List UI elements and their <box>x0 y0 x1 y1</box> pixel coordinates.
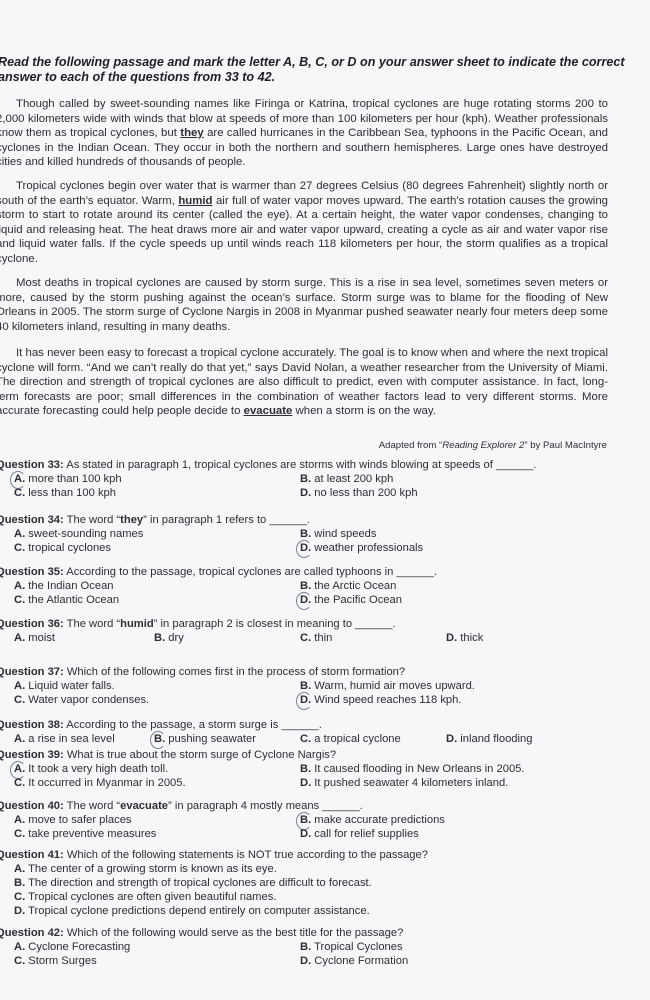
option-letter: A. <box>14 632 25 644</box>
option-text: a rise in sea level <box>25 733 115 745</box>
option-text: pushing seawater <box>165 733 256 745</box>
option-c[interactable]: C. the Atlantic Ocean <box>14 593 119 607</box>
option-text: It caused flooding in New Orleans in 200… <box>311 763 524 775</box>
answer-options: A. Cyclone ForecastingB. Tropical Cyclon… <box>14 940 636 968</box>
option-text: weather professionals <box>311 542 423 554</box>
option-text: thin <box>311 632 332 644</box>
question-stem: Question 37: Which of the following come… <box>0 665 636 679</box>
option-text: Storm Surges <box>25 955 97 967</box>
option-letter: A. <box>14 863 25 875</box>
answer-options: A. The center of a growing storm is know… <box>14 862 636 918</box>
option-c[interactable]: C. Water vapor condenses. <box>14 693 149 707</box>
question-stem: Question 36: The word “humid” in paragra… <box>0 617 636 631</box>
keyword-evacuate: evacuate <box>244 405 293 417</box>
question-number: Question 33: <box>0 459 64 471</box>
answer-options: A. Liquid water falls.B. Warm, humid air… <box>14 679 636 707</box>
question-text: According to the passage, tropical cyclo… <box>64 566 437 578</box>
option-text: inland flooding <box>457 733 532 745</box>
option-text: sweet-sounding names <box>25 528 143 540</box>
question-40: Question 40: The word “evacuate” in para… <box>0 799 636 841</box>
option-a[interactable]: A. Cyclone Forecasting <box>14 940 130 954</box>
question-text: Which of the following comes first in th… <box>64 666 405 678</box>
option-text: It pushed seawater 4 kilometers inland. <box>311 777 508 789</box>
passage-paragraph-4: It has never been easy to forecast a tro… <box>0 346 608 419</box>
question-stem: Question 40: The word “evacuate” in para… <box>0 799 636 813</box>
option-text: a tropical cyclone <box>311 733 401 745</box>
paragraph-text: when a storm is on the way. <box>292 405 436 417</box>
option-text: Warm, humid air moves upward. <box>311 680 475 692</box>
option-c[interactable]: C. take preventive measures <box>14 827 156 841</box>
option-b[interactable]: B. wind speeds <box>300 527 377 541</box>
option-letter: A. <box>14 941 25 953</box>
option-text: less than 100 kph <box>25 487 116 499</box>
question-text: Which of the following would serve as th… <box>64 927 404 939</box>
option-b[interactable]: B. Warm, humid air moves upward. <box>300 679 475 693</box>
option-text: moist <box>25 632 55 644</box>
option-text: Cyclone Forecasting <box>25 941 130 953</box>
question-stem: Question 35: According to the passage, t… <box>0 565 636 579</box>
option-text: The direction and strength of tropical c… <box>25 877 372 889</box>
option-c[interactable]: C. a tropical cyclone <box>300 732 401 746</box>
question-42: Question 42: Which of the following woul… <box>0 926 636 968</box>
option-a[interactable]: A. It took a very high death toll. <box>14 762 168 776</box>
question-number: Question 38: <box>0 719 64 731</box>
option-d[interactable]: D. It pushed seawater 4 kilometers inlan… <box>300 776 508 790</box>
option-b[interactable]: B. at least 200 kph <box>300 472 393 486</box>
option-letter: D. <box>300 777 311 789</box>
option-b[interactable]: B. The direction and strength of tropica… <box>14 876 372 890</box>
passage-paragraph-3: Most deaths in tropical cyclones are cau… <box>0 276 608 334</box>
option-text: at least 200 kph <box>311 473 393 485</box>
option-letter: D. <box>300 828 311 840</box>
question-text: Which of the following statements is NOT… <box>64 849 428 861</box>
question-keyword: humid <box>120 618 154 630</box>
option-a[interactable]: A. more than 100 kph <box>14 472 122 486</box>
option-b[interactable]: B. make accurate predictions <box>300 813 445 827</box>
option-text: The center of a growing storm is known a… <box>25 863 277 875</box>
question-stem: Question 34: The word “they” in paragrap… <box>0 513 636 527</box>
option-text: move to safer places <box>25 814 131 826</box>
option-c[interactable]: C. Storm Surges <box>14 954 97 968</box>
question-number: Question 34: <box>0 514 64 526</box>
option-letter: D. <box>300 694 311 706</box>
answer-options: A. the Indian OceanB. the Arctic OceanC.… <box>14 579 636 607</box>
option-d[interactable]: D. weather professionals <box>300 541 423 555</box>
option-a[interactable]: A. The center of a growing storm is know… <box>14 862 277 876</box>
question-text: ” in paragraph 4 mostly means ______. <box>168 800 363 812</box>
option-text: Liquid water falls. <box>25 680 115 692</box>
question-34: Question 34: The word “they” in paragrap… <box>0 513 636 555</box>
option-c[interactable]: C. Tropical cyclones are often given bea… <box>14 890 276 904</box>
question-keyword: evacuate <box>120 800 168 812</box>
option-letter: B. <box>14 877 25 889</box>
option-letter: C. <box>14 828 25 840</box>
question-number: Question 42: <box>0 927 64 939</box>
option-letter: C. <box>300 733 311 745</box>
option-text: It occurred in Myanmar in 2005. <box>25 777 185 789</box>
question-text: ” in paragraph 1 refers to ______. <box>143 514 310 526</box>
option-letter: D. <box>446 632 457 644</box>
passage-paragraph-2: Tropical cyclones begin over water that … <box>0 179 608 266</box>
instructions: Read the following passage and mark the … <box>0 55 638 85</box>
question-text: The word “ <box>64 618 120 630</box>
option-letter: B. <box>300 941 311 953</box>
option-b[interactable]: B. the Arctic Ocean <box>300 579 396 593</box>
option-a[interactable]: A. moist <box>14 631 55 645</box>
option-d[interactable]: D. the Pacific Ocean <box>300 593 402 607</box>
question-39: Question 39: What is true about the stor… <box>0 748 636 790</box>
option-letter: B. <box>300 814 311 826</box>
question-number: Question 37: <box>0 666 64 678</box>
option-letter: D. <box>300 487 311 499</box>
keyword-humid: humid <box>178 195 212 207</box>
question-number: Question 41: <box>0 849 64 861</box>
option-letter: D. <box>300 542 311 554</box>
option-a[interactable]: A. Liquid water falls. <box>14 679 115 693</box>
option-c[interactable]: C. less than 100 kph <box>14 486 116 500</box>
question-41: Question 41: Which of the following stat… <box>0 848 636 918</box>
option-letter: B. <box>300 680 311 692</box>
option-d[interactable]: D. inland flooding <box>446 732 532 746</box>
option-letter: D. <box>446 733 457 745</box>
exam-page: Read the following passage and mark the … <box>0 0 650 1000</box>
option-letter: C. <box>14 542 25 554</box>
option-text: thick <box>457 632 483 644</box>
option-letter: D. <box>300 955 311 967</box>
option-b[interactable]: B. Tropical Cyclones <box>300 940 403 954</box>
option-letter: C. <box>14 955 25 967</box>
option-a[interactable]: A. sweet-sounding names <box>14 527 143 541</box>
question-stem: Question 42: Which of the following woul… <box>0 926 636 940</box>
source-citation: Adapted from “Reading Explorer 2” by Pau… <box>379 440 607 451</box>
option-text: tropical cyclones <box>25 542 111 554</box>
option-b[interactable]: B. dry <box>154 631 184 645</box>
option-b[interactable]: B. pushing seawater <box>154 732 256 746</box>
option-text: take preventive measures <box>25 828 156 840</box>
question-37: Question 37: Which of the following come… <box>0 665 636 707</box>
option-c[interactable]: C. tropical cyclones <box>14 541 111 555</box>
option-letter: A. <box>14 680 25 692</box>
question-text: ” in paragraph 2 is closest in meaning t… <box>154 618 396 630</box>
question-number: Question 39: <box>0 749 64 761</box>
passage-paragraph-1: Though called by sweet-sounding names li… <box>0 97 608 170</box>
answer-options: A. sweet-sounding namesB. wind speedsC. … <box>14 527 636 555</box>
option-letter: B. <box>154 632 165 644</box>
option-text: Cyclone Formation <box>311 955 408 967</box>
option-d[interactable]: D. Tropical cyclone predictions depend e… <box>14 904 370 918</box>
option-letter: D. <box>14 905 25 917</box>
option-text: make accurate predictions <box>311 814 445 826</box>
option-letter: C. <box>14 487 25 499</box>
question-number: Question 35: <box>0 566 64 578</box>
paragraph-text: Most deaths in tropical cyclones are cau… <box>0 277 608 333</box>
option-letter: C. <box>14 594 25 606</box>
question-keyword: they <box>120 514 143 526</box>
answer-options: A. more than 100 kphB. at least 200 kphC… <box>14 472 636 500</box>
source-title: Reading Explorer 2 <box>442 440 524 451</box>
option-letter: A. <box>14 580 25 592</box>
option-letter: B. <box>300 528 311 540</box>
option-letter: C. <box>300 632 311 644</box>
option-letter: A. <box>14 763 25 775</box>
option-letter: C. <box>14 777 25 789</box>
question-38: Question 38: According to the passage, a… <box>0 718 636 746</box>
option-text: call for relief supplies <box>311 828 419 840</box>
option-text: Water vapor condenses. <box>25 694 149 706</box>
option-d[interactable]: D. Cyclone Formation <box>300 954 408 968</box>
option-letter: A. <box>14 473 25 485</box>
answer-options: A. It took a very high death toll.B. It … <box>14 762 636 790</box>
question-33: Question 33: As stated in paragraph 1, t… <box>0 458 636 500</box>
option-letter: B. <box>300 763 311 775</box>
option-letter: B. <box>300 473 311 485</box>
question-35: Question 35: According to the passage, t… <box>0 565 636 607</box>
source-suffix: ” by Paul MacIntyre <box>524 440 607 451</box>
option-letter: C. <box>14 891 25 903</box>
question-36: Question 36: The word “humid” in paragra… <box>0 617 636 645</box>
option-text: the Indian Ocean <box>25 580 113 592</box>
question-text: According to the passage, a storm surge … <box>64 719 322 731</box>
option-b[interactable]: B. It caused flooding in New Orleans in … <box>300 762 525 776</box>
question-text: What is true about the storm surge of Cy… <box>64 749 336 761</box>
option-text: wind speeds <box>311 528 376 540</box>
answer-options: A. moistB. dryC. thinD. thick <box>14 631 636 645</box>
question-stem: Question 33: As stated in paragraph 1, t… <box>0 458 636 472</box>
question-number: Question 36: <box>0 618 64 630</box>
option-letter: B. <box>154 733 165 745</box>
option-text: the Arctic Ocean <box>311 580 396 592</box>
option-text: the Atlantic Ocean <box>25 594 119 606</box>
question-stem: Question 38: According to the passage, a… <box>0 718 636 732</box>
option-a[interactable]: A. move to safer places <box>14 813 132 827</box>
option-text: more than 100 kph <box>25 473 121 485</box>
option-d[interactable]: D. no less than 200 kph <box>300 486 418 500</box>
option-d[interactable]: D. call for relief supplies <box>300 827 419 841</box>
question-stem: Question 39: What is true about the stor… <box>0 748 636 762</box>
option-a[interactable]: A. a rise in sea level <box>14 732 115 746</box>
option-text: It took a very high death toll. <box>25 763 168 775</box>
question-stem: Question 41: Which of the following stat… <box>0 848 636 862</box>
option-letter: C. <box>14 694 25 706</box>
option-letter: A. <box>14 528 25 540</box>
option-text: no less than 200 kph <box>311 487 417 499</box>
option-text: dry <box>165 632 184 644</box>
option-letter: A. <box>14 814 25 826</box>
answer-options: A. move to safer placesB. make accurate … <box>14 813 636 841</box>
option-d[interactable]: D. Wind speed reaches 118 kph. <box>300 693 461 707</box>
option-c[interactable]: C. It occurred in Myanmar in 2005. <box>14 776 186 790</box>
option-c[interactable]: C. thin <box>300 631 332 645</box>
option-letter: B. <box>300 580 311 592</box>
option-letter: A. <box>14 733 25 745</box>
question-number: Question 40: <box>0 800 64 812</box>
answer-options: A. a rise in sea levelB. pushing seawate… <box>14 732 636 746</box>
option-d[interactable]: D. thick <box>446 631 483 645</box>
option-text: Tropical cyclone predictions depend enti… <box>25 905 370 917</box>
option-text: Tropical cyclones are often given beauti… <box>25 891 276 903</box>
option-text: Tropical Cyclones <box>311 941 402 953</box>
option-text: Wind speed reaches 118 kph. <box>311 694 461 706</box>
option-text: the Pacific Ocean <box>311 594 402 606</box>
option-a[interactable]: A. the Indian Ocean <box>14 579 114 593</box>
keyword-they: they <box>180 127 203 139</box>
option-letter: D. <box>300 594 311 606</box>
question-text: As stated in paragraph 1, tropical cyclo… <box>64 459 537 471</box>
source-prefix: Adapted from “ <box>379 440 442 451</box>
question-text: The word “ <box>64 514 120 526</box>
question-text: The word “ <box>64 800 120 812</box>
